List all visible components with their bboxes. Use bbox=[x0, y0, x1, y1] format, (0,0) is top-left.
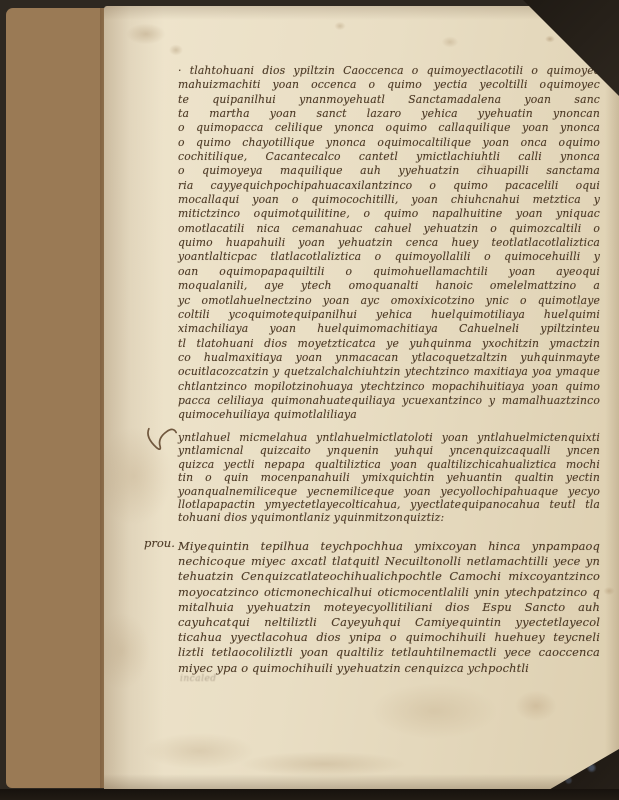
text-line: o quimo chayotillique ynonca oquimocalti… bbox=[178, 136, 600, 150]
text-line: mitictzinco oquimotquilitine, o quimo na… bbox=[178, 207, 600, 221]
text-line: quimocehuiliaya quimotlaliliaya bbox=[178, 408, 600, 422]
text-line: yoanqualnemiliceque yecnemiliceque yoan … bbox=[178, 485, 600, 498]
text-line: te quipanilhui ynanmoyehuatl Sanctamadal… bbox=[178, 93, 600, 107]
text-line: Miyequintin tepilhua teychpochhua ymixco… bbox=[178, 539, 600, 554]
text-line: co hualmaxitiaya yoan ynmacacan ytlacoqu… bbox=[178, 351, 600, 365]
text-line: ria cayyequichpochipahuacaxilantzinco o … bbox=[178, 179, 600, 193]
text-line: nechicoque miyec axcatl tlatquitl Necuil… bbox=[178, 554, 600, 569]
paragraph-flourish-mark-icon bbox=[144, 424, 182, 456]
text-line: yntlahuel micmelahua yntlahuelmictlatolo… bbox=[178, 431, 600, 444]
text-line: omotlacatili nica cemanahuac cahuel yehu… bbox=[178, 222, 600, 236]
text-line: tin o quin mocenpanahuili ymixquichtin y… bbox=[178, 471, 600, 484]
text-line: liztli tetlaocoliliztli yoan qualtiliz t… bbox=[178, 645, 600, 660]
text-line: pacca celiliaya quimonahuatequiliaya ycu… bbox=[178, 394, 600, 408]
text-line: mocallaqui yoan o quimocochitilli, yoan … bbox=[178, 193, 600, 207]
text-line: ocuitlacozcatzin y quetzalchalchiuhtzin … bbox=[178, 365, 600, 379]
text-line: yoantlalticpac tlatlacotlaliztica o quim… bbox=[178, 250, 600, 264]
text-line: ximachiliaya yoan huelquimomachitiaya Ca… bbox=[178, 322, 600, 336]
text-line: tehuatzin Cenquizcatlateochihualichpocht… bbox=[178, 569, 600, 584]
text-line: coltili ycoquimotequipanilhui yehica hue… bbox=[178, 308, 600, 322]
manuscript-page: · tlahtohuani dios ypiltzin Caoccenca o … bbox=[104, 6, 619, 794]
text-line: ta martha yoan sanct lazaro yehica yyehu… bbox=[178, 107, 600, 121]
text-line: oan oquimopapaquiltili o quimohuellamach… bbox=[178, 265, 600, 279]
text-line: llotlapapactin ymyectetlayecolticahua, y… bbox=[178, 498, 600, 511]
text-line: quizca yectli nepapa qualtiliztica yoan … bbox=[178, 458, 600, 471]
text-line: cayuhcatqui neltiliztli Cayeyuhqui Camiy… bbox=[178, 615, 600, 630]
text-line: chtlantzinco mopilotzinohuaya ytechtzinc… bbox=[178, 380, 600, 394]
text-line: yc omotlahuelnectzino yoan ayc omoxixico… bbox=[178, 294, 600, 308]
paragraph-3: Miyequintin tepilhua teychpochhua ymixco… bbox=[178, 539, 600, 676]
text-line: mahuizmachiti yoan occenca o quimo yecti… bbox=[178, 78, 600, 92]
table-surface-bottom bbox=[0, 789, 619, 800]
paragraph-2: yntlahuel micmelahua yntlahuelmictlatolo… bbox=[178, 431, 600, 525]
pencil-annotation: incaled bbox=[180, 674, 217, 684]
text-line: · tlahtohuani dios ypiltzin Caoccenca o … bbox=[178, 64, 600, 78]
text-line: cochitilique, Cacantecalco cantetl ymict… bbox=[178, 150, 600, 164]
text-line: tohuani dios yquimontlaniz yquinmitzonqu… bbox=[178, 511, 600, 524]
text-line: mitalhuia yyehuatzin moteyecyollitiliani… bbox=[178, 600, 600, 615]
text-line: quimo huapahuili yoan yehuatzin cenca hu… bbox=[178, 236, 600, 250]
text-line: moyocatzinco oticmonechicalhui oticmocen… bbox=[178, 585, 600, 600]
paragraph-1: · tlahtohuani dios ypiltzin Caoccenca o … bbox=[178, 64, 600, 423]
text-line: tl tlatohuani dios moyetzticatca ye yuhq… bbox=[178, 337, 600, 351]
text-line: o quimopacca celilique ynonca oquimo cal… bbox=[178, 121, 600, 135]
text-line: o quimoyeya maquilique auh yyehuatzin ci… bbox=[178, 164, 600, 178]
text-line: miyec ypa o quimochihuili yyehuatzin cen… bbox=[178, 661, 600, 676]
text-line: ticahua yyectlacohua dios ynipa o quimoc… bbox=[178, 630, 600, 645]
book-fore-edge-page-stack bbox=[6, 8, 106, 788]
text-line: yntlamicnal quizcaito ynquenin yuhqui yn… bbox=[178, 444, 600, 457]
margin-note-prov: prou. bbox=[144, 536, 175, 550]
text-line: moqualanili, aye ytech omoquanalti hanoi… bbox=[178, 279, 600, 293]
